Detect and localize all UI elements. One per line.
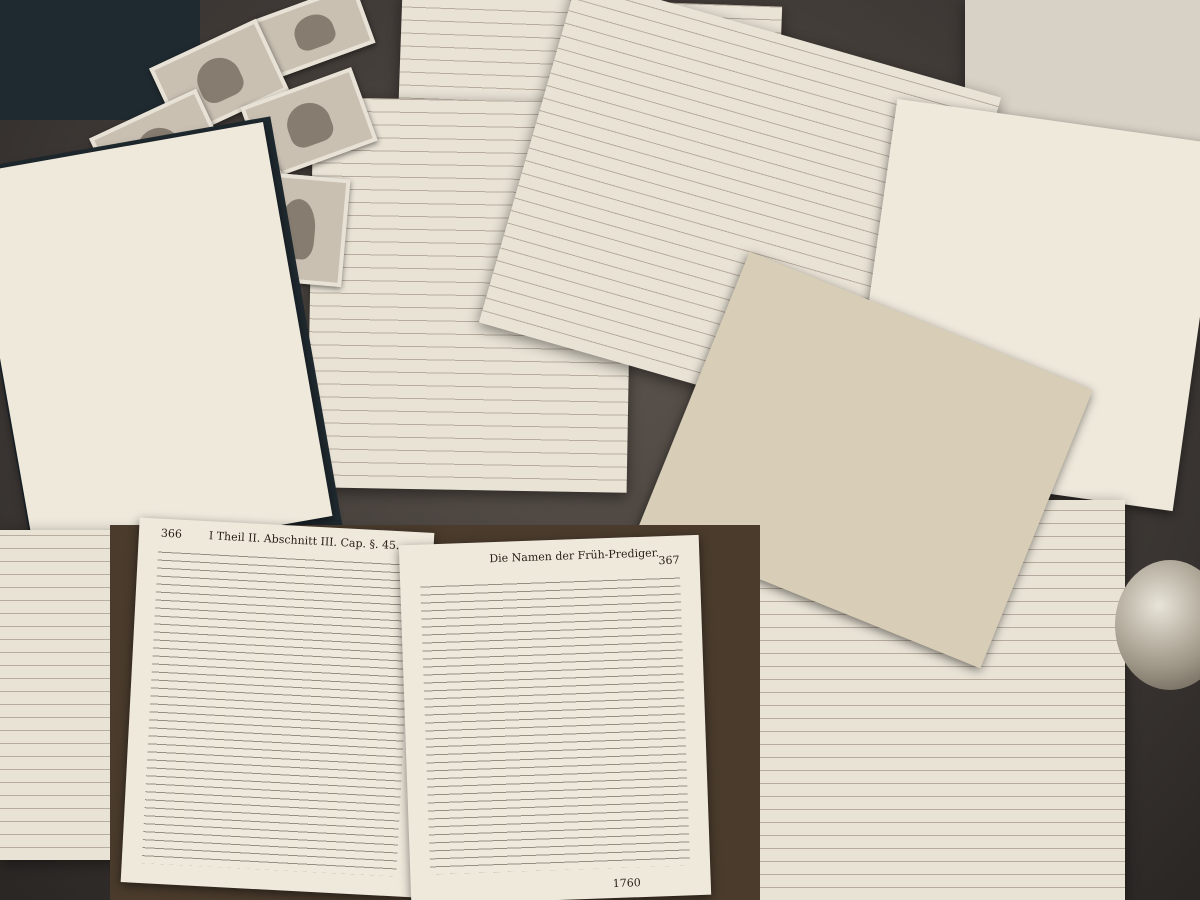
brass-knob: [1115, 560, 1200, 690]
right-page-catchword: 1760: [613, 876, 641, 890]
open-book-right-page: Die Namen der Früh-Prediger. 367 1760: [399, 535, 711, 900]
open-book-left-page: 366 I Theil II. Abschnitt III. Cap. §. 4…: [121, 518, 435, 898]
right-page-text: [420, 572, 690, 875]
right-page-number: 367: [658, 554, 679, 568]
photo-scene: 366 I Theil II. Abschnitt III. Cap. §. 4…: [0, 0, 1200, 900]
left-page-text: [142, 549, 413, 877]
left-page-header: I Theil II. Abschnitt III. Cap. §. 45.: [209, 529, 400, 552]
left-page-number: 366: [161, 527, 183, 541]
right-page-header: Die Namen der Früh-Prediger.: [489, 546, 659, 565]
